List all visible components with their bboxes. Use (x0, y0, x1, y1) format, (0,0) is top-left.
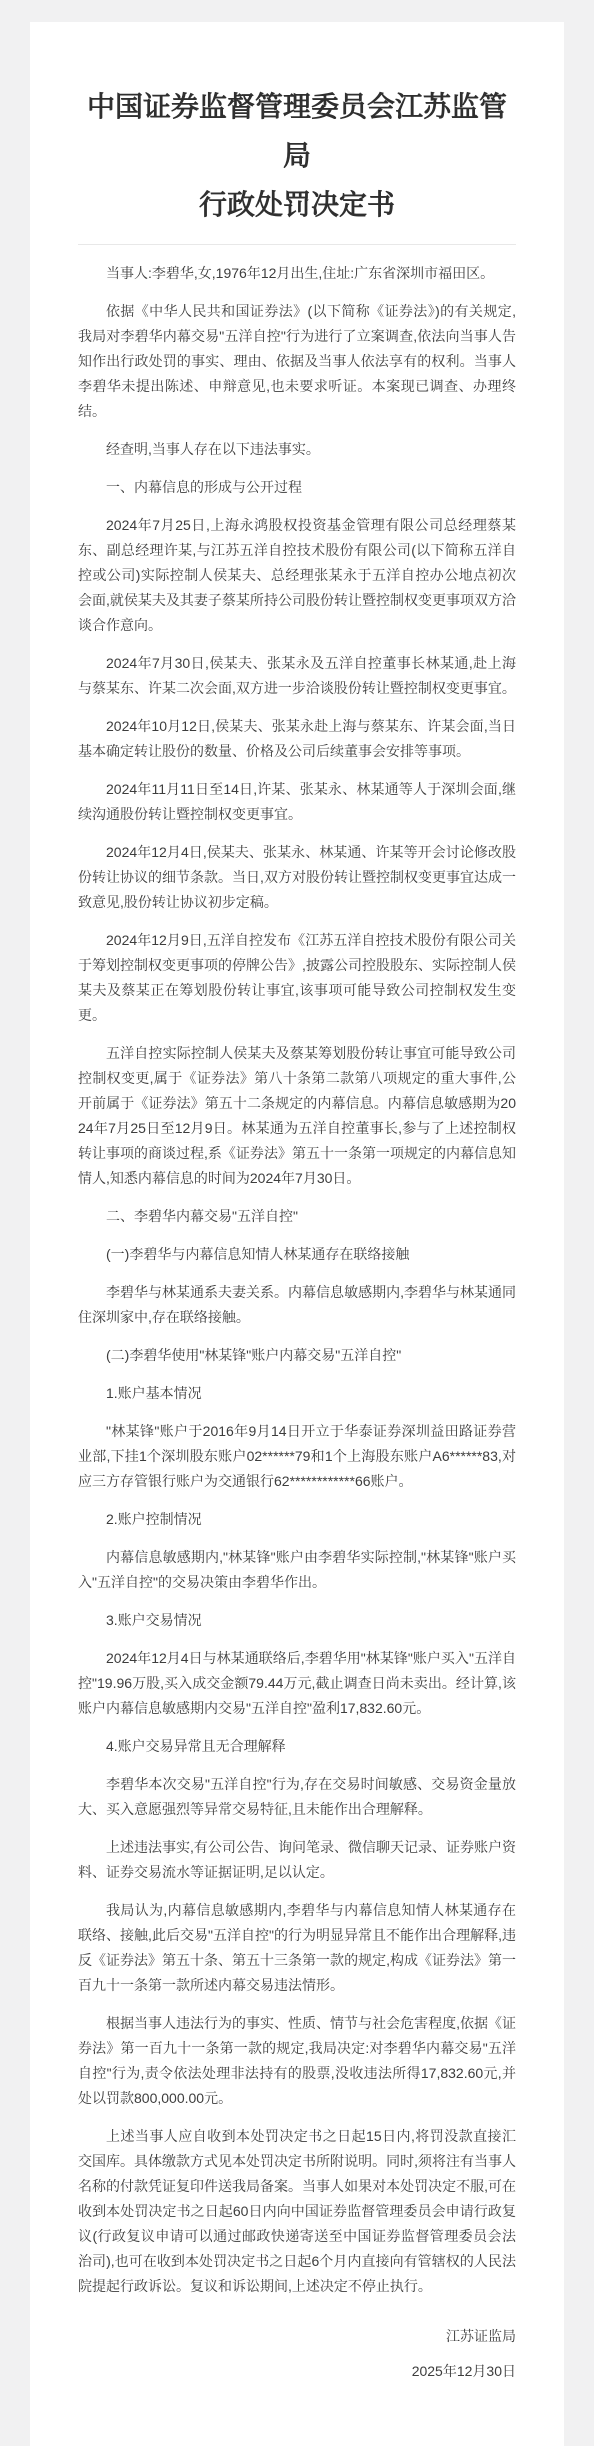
issuer-name: 江苏证监局 (78, 2324, 516, 2349)
paragraph-facts-intro: 经查明,当事人存在以下违法事实。 (78, 437, 516, 462)
section-heading-1: 一、内幕信息的形成与公开过程 (78, 475, 516, 500)
paragraph: "林某锋"账户于2016年9月14日开立于华泰证券深圳益田路证券营业部,下挂1个… (78, 1419, 516, 1494)
paragraph: 上述违法事实,有公司公告、询问笔录、微信聊天记录、证券账户资料、证券交易流水等证… (78, 1835, 516, 1885)
signature-block: 江苏证监局 2025年12月30日 (78, 2324, 516, 2384)
issue-date: 2025年12月30日 (78, 2359, 516, 2384)
paragraph-penalty-decision: 根据当事人违法行为的事实、性质、情节与社会危害程度,依据《证券法》第一百九十一条… (78, 2011, 516, 2111)
subsection-heading-2: (二)李碧华使用"林某锋"账户内幕交易"五洋自控" (78, 1343, 516, 1368)
paragraph-party-info: 当事人:李碧华,女,1976年12月出生,住址:广东省深圳市福田区。 (78, 261, 516, 286)
document-title-line2: 行政处罚决定书 (199, 189, 395, 220)
paragraph: 2024年10月12日,侯某夫、张某永赴上海与蔡某东、许某会面,当日基本确定转让… (78, 714, 516, 764)
paragraph: 五洋自控实际控制人侯某夫及蔡某筹划股份转让事宜可能导致公司控制权变更,属于《证券… (78, 1041, 516, 1191)
paragraph: 2024年7月30日,侯某夫、张某永及五洋自控董事长林某通,赴上海与蔡某东、许某… (78, 651, 516, 701)
document-card: 中国证券监督管理委员会江苏监管局 行政处罚决定书 当事人:李碧华,女,1976年… (30, 22, 564, 2446)
page-background: 中国证券监督管理委员会江苏监管局 行政处罚决定书 当事人:李碧华,女,1976年… (0, 0, 594, 2438)
subsection-heading-1: (一)李碧华与内幕信息知情人林某通存在联络接触 (78, 1242, 516, 1267)
paragraph-payment-appeal: 上述当事人应自收到本处罚决定书之日起15日内,将罚没款直接汇交国库。具体缴款方式… (78, 2124, 516, 2299)
document-body: 当事人:李碧华,女,1976年12月出生,住址:广东省深圳市福田区。 依据《中华… (78, 261, 516, 2299)
paragraph: 内幕信息敏感期内,"林某锋"账户由李碧华实际控制,"林某锋"账户买入"五洋自控"… (78, 1545, 516, 1595)
item-heading-3: 3.账户交易情况 (78, 1608, 516, 1633)
paragraph: 李碧华本次交易"五洋自控"行为,存在交易时间敏感、交易资金量放大、买入意愿强烈等… (78, 1772, 516, 1822)
paragraph-conclusion: 我局认为,内幕信息敏感期内,李碧华与内幕信息知情人林某通存在联络、接触,此后交易… (78, 1898, 516, 1998)
paragraph: 2024年12月9日,五洋自控发布《江苏五洋自控技术股份有限公司关于筹划控制权变… (78, 928, 516, 1028)
document-title-line1: 中国证券监督管理委员会江苏监管局 (87, 91, 507, 171)
paragraph: 2024年12月4日,侯某夫、张某永、林某通、许某等开会讨论修改股份转让协议的细… (78, 840, 516, 915)
title-divider (78, 244, 516, 245)
document-title: 中国证券监督管理委员会江苏监管局 行政处罚决定书 (78, 82, 516, 229)
item-heading-4: 4.账户交易异常且无合理解释 (78, 1734, 516, 1759)
item-heading-2: 2.账户控制情况 (78, 1507, 516, 1532)
paragraph: 2024年12月4日与林某通联络后,李碧华用"林某锋"账户买入"五洋自控"19.… (78, 1646, 516, 1721)
paragraph-legal-basis: 依据《中华人民共和国证券法》(以下简称《证券法》)的有关规定,我局对李碧华内幕交… (78, 299, 516, 424)
paragraph: 李碧华与林某通系夫妻关系。内幕信息敏感期内,李碧华与林某通同住深圳家中,存在联络… (78, 1280, 516, 1330)
paragraph: 2024年11月11日至14日,许某、张某永、林某通等人于深圳会面,继续沟通股份… (78, 777, 516, 827)
section-heading-2: 二、李碧华内幕交易"五洋自控" (78, 1204, 516, 1229)
item-heading-1: 1.账户基本情况 (78, 1381, 516, 1406)
paragraph: 2024年7月25日,上海永鸿股权投资基金管理有限公司总经理蔡某东、副总经理许某… (78, 513, 516, 638)
